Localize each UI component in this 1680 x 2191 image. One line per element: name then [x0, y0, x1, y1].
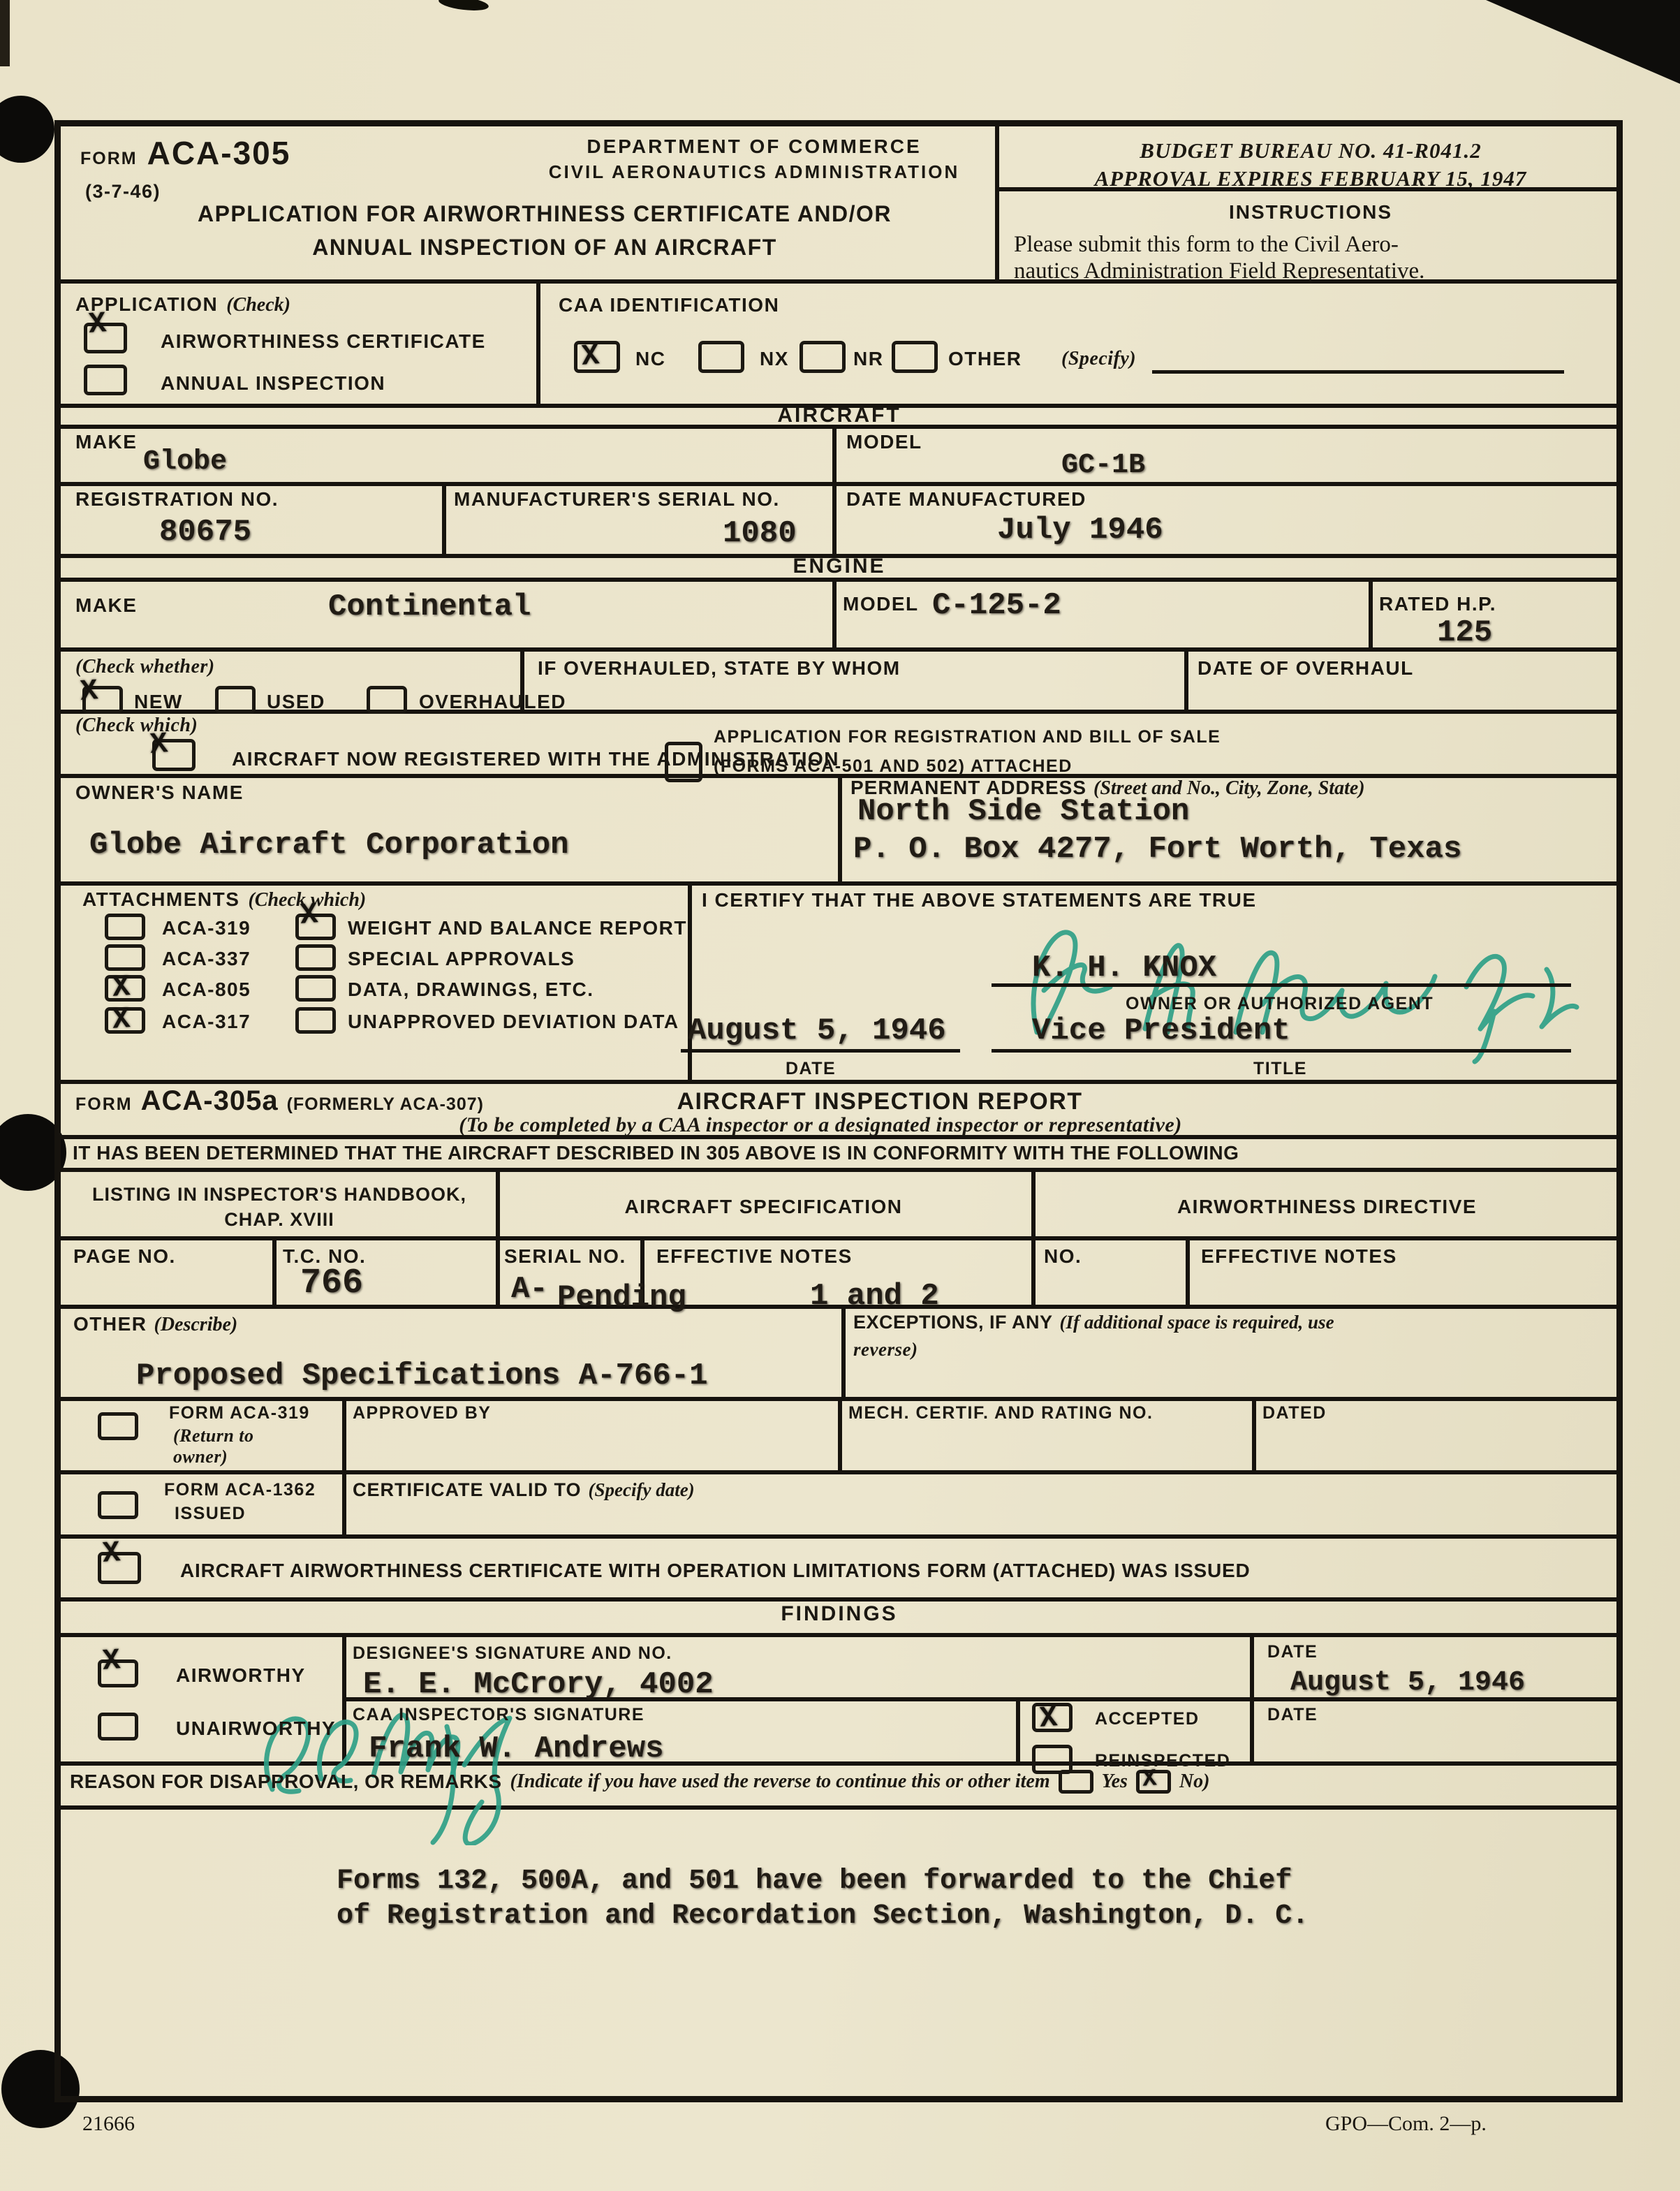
form-label: FORM — [80, 149, 138, 169]
grid-line — [841, 1305, 846, 1397]
remarks-line1: Forms 132, 500A, and 501 have been forwa… — [337, 1866, 1292, 1897]
budget-bureau-line1: BUDGET BUREAU NO. 41-R041.2 — [999, 137, 1623, 165]
overhauled-by-whom-label: IF OVERHAULED, STATE BY WHOM — [538, 657, 901, 680]
approved-by-label: APPROVED BY — [353, 1402, 491, 1423]
certificate-issued-checkbox: X — [98, 1552, 141, 1584]
reason-yes-checkbox — [1059, 1770, 1093, 1794]
engine-section-title: ENGINE — [60, 556, 1619, 577]
grid-line — [60, 1236, 1623, 1240]
registration-no-value: 80675 — [159, 515, 251, 549]
grid-line — [60, 1168, 1623, 1172]
owner-signature-caption: OWNER OR AUTHORIZED AGENT — [1126, 993, 1434, 1014]
page-no-label: PAGE NO. — [73, 1245, 176, 1268]
page-title-line2: ANNUAL INSPECTION OF AN AIRCRAFT — [175, 230, 915, 264]
certificate-valid-label: CERTIFICATE VALID TO — [353, 1479, 582, 1501]
footer-print-code: 21666 — [82, 2112, 135, 2136]
aircraft-section-title: AIRCRAFT — [60, 405, 1619, 426]
form-aca-1362-issued-label: ISSUED — [175, 1503, 246, 1524]
form-number: ACA-305 — [147, 134, 291, 172]
reason-no-label: No) — [1179, 1771, 1210, 1793]
report-determined-statement: IT HAS BEEN DETERMINED THAT THE AIRCRAFT… — [73, 1141, 1239, 1165]
special-approvals-checkbox — [295, 944, 336, 971]
form-aca-319-return-line1: (Return to — [173, 1425, 254, 1446]
aircraft-make-value: Globe — [143, 447, 227, 478]
certificate-valid-italic: (Specify date) — [589, 1479, 695, 1501]
form-revision-date: (3-7-46) — [85, 180, 161, 203]
serial-no-value: 1080 — [723, 517, 797, 550]
airworthy-label: AIRWORTHY — [176, 1664, 306, 1687]
report-form-number-block: FORM ACA-305a (FORMERLY ACA-307) — [75, 1085, 484, 1117]
check-mark: X — [112, 1004, 131, 1035]
reason-row: REASON FOR DISAPPROVAL, OR REMARKS (Indi… — [70, 1770, 1210, 1794]
date-of-overhaul-label: DATE OF OVERHAUL — [1198, 657, 1414, 680]
certificate-issued-label: AIRCRAFT AIRWORTHINESS CERTIFICATE WITH … — [180, 1559, 1251, 1583]
form-aca-319-checkbox — [98, 1412, 138, 1440]
check-mark: X — [300, 900, 319, 930]
report-form-number: ACA-305a — [141, 1085, 279, 1117]
grid-line — [1369, 578, 1373, 647]
other-label-row: OTHER (Describe) — [73, 1313, 237, 1336]
grid-line — [1184, 647, 1188, 710]
hole-punch-icon — [0, 96, 54, 163]
other-id-label: OTHER — [948, 347, 1022, 371]
certify-title-value: Vice President — [1032, 1014, 1290, 1048]
check-mark: X — [112, 972, 131, 1003]
grid-line — [1250, 1633, 1254, 1761]
nc-checkbox: X — [574, 341, 620, 373]
check-mark: X — [1039, 1703, 1059, 1734]
mech-certif-label: MECH. CERTIF. AND RATING NO. — [848, 1402, 1153, 1423]
report-form-label: FORM — [75, 1094, 133, 1115]
airworthiness-certificate-label: AIRWORTHINESS CERTIFICATE — [161, 330, 486, 353]
tc-no-value: 766 — [300, 1264, 363, 1303]
caa-inspector-signature-label: CAA INSPECTOR'S SIGNATURE — [353, 1704, 644, 1725]
findings-date2-label: DATE — [1267, 1704, 1318, 1725]
annual-inspection-checkbox — [84, 365, 127, 395]
check-mark: X — [149, 729, 169, 760]
engine-overhauled-label: OVERHAULED — [419, 690, 566, 714]
reason-italic: (Indicate if you have used the reverse t… — [510, 1771, 1050, 1793]
grid-line — [60, 1597, 1623, 1602]
unapproved-deviation-label: UNAPPROVED DEVIATION DATA — [348, 1010, 679, 1034]
budget-bureau-line2: APPROVAL EXPIRES FEBRUARY 15, 1947 — [999, 165, 1623, 193]
check-which-label: (Check which) — [75, 714, 198, 738]
grid-line — [60, 578, 1623, 582]
form-aca-319-return-line2: owner) — [173, 1446, 228, 1467]
nc-label: NC — [635, 347, 665, 371]
grid-line — [496, 1168, 500, 1305]
engine-make-value: Continental — [328, 590, 531, 624]
data-drawings-checkbox — [295, 975, 336, 1002]
airworthy-checkbox: X — [98, 1659, 138, 1687]
reason-label: REASON FOR DISAPPROVAL, OR REMARKS — [70, 1771, 502, 1793]
listing-header-line2: CHAP. XVIII — [70, 1207, 489, 1232]
grid-line — [60, 482, 1623, 486]
scanned-form-page: FORM ACA-305 (3-7-46) DEPARTMENT OF COMM… — [0, 0, 1680, 2191]
owner-name-label: OWNER'S NAME — [75, 781, 244, 805]
grid-line — [442, 482, 446, 554]
engine-model-label: MODEL — [843, 592, 919, 616]
rated-hp-label: RATED H.P. — [1379, 592, 1496, 616]
findings-date-value: August 5, 1946 — [1290, 1668, 1525, 1699]
engine-model-value: C-125-2 — [932, 589, 1061, 622]
other-label-italic: (Describe) — [154, 1314, 238, 1336]
grid-line — [838, 1397, 842, 1470]
aca-317-checkbox: X — [105, 1007, 145, 1034]
aircraft-spec-header: AIRCRAFT SPECIFICATION — [500, 1196, 1027, 1218]
scan-edge-mark — [438, 0, 489, 13]
aircraft-model-value: GC-1B — [1061, 450, 1145, 481]
grid-line — [1252, 1397, 1256, 1470]
grid-line — [832, 425, 837, 554]
listing-header: LISTING IN INSPECTOR'S HANDBOOK, CHAP. X… — [70, 1182, 489, 1233]
engine-overhauled-checkbox — [367, 686, 407, 714]
other-id-checkbox — [892, 341, 938, 373]
aca-805-label: ACA-805 — [162, 978, 251, 1002]
dated-label: DATED — [1262, 1402, 1327, 1423]
department-line2: CIVIL AERONAUTICS ADMINISTRATION — [489, 159, 1019, 184]
grid-line — [60, 647, 1623, 652]
date-manufactured-label: DATE MANUFACTURED — [846, 488, 1086, 511]
engine-used-checkbox — [215, 686, 256, 714]
listing-header-line1: LISTING IN INSPECTOR'S HANDBOOK, — [70, 1182, 489, 1207]
directive-notes-label: EFFECTIVE NOTES — [1201, 1245, 1397, 1268]
grid-line — [60, 881, 1623, 886]
check-mark: X — [88, 309, 108, 339]
unairworthy-label: UNAIRWORTHY — [176, 1717, 336, 1741]
reason-no-checkbox: X — [1136, 1770, 1171, 1794]
address-line1-value: North Side Station — [857, 795, 1189, 828]
data-drawings-label: DATA, DRAWINGS, ETC. — [348, 978, 594, 1002]
owner-name-value: Globe Aircraft Corporation — [89, 828, 569, 862]
grid-line — [60, 1534, 1623, 1539]
aca-337-checkbox — [105, 944, 145, 971]
registered-checkbox: X — [152, 739, 196, 771]
report-title: AIRCRAFT INSPECTION REPORT — [531, 1088, 1229, 1115]
weight-balance-checkbox: X — [295, 914, 336, 940]
airworthiness-directive-header: AIRWORTHINESS DIRECTIVE — [1036, 1196, 1619, 1218]
certify-date-value: August 5, 1946 — [688, 1014, 946, 1048]
grid-line — [536, 279, 540, 404]
accepted-label: ACCEPTED — [1095, 1708, 1200, 1729]
title-line — [992, 1049, 1571, 1053]
check-mark: X — [102, 1646, 121, 1676]
exceptions-italic-line1: (If additional space is required, use — [1060, 1312, 1334, 1333]
engine-make-label: MAKE — [75, 594, 137, 617]
grid-line — [832, 578, 837, 647]
report-formerly-label: (FORMERLY ACA-307) — [287, 1094, 484, 1115]
engine-used-label: USED — [267, 690, 325, 714]
other-id-blank-line — [1152, 370, 1564, 374]
aca-319-label: ACA-319 — [162, 916, 251, 940]
caa-inspector-signature-typed: Frank W. Andrews — [369, 1732, 663, 1766]
report-subtitle: (To be completed by a CAA inspector or a… — [209, 1113, 1431, 1137]
check-mark: X — [80, 676, 99, 707]
grid-line — [838, 774, 842, 881]
page-title-line1: APPLICATION FOR AIRWORTHINESS CERTIFICAT… — [175, 197, 915, 230]
certificate-valid-row: CERTIFICATE VALID TO (Specify date) — [353, 1479, 695, 1501]
weight-balance-label: WEIGHT AND BALANCE REPORT — [348, 916, 687, 940]
date-manufactured-value: July 1946 — [997, 513, 1163, 547]
directive-no-label: NO. — [1044, 1245, 1082, 1268]
check-mark: X — [102, 1538, 121, 1569]
aircraft-model-label: MODEL — [846, 430, 922, 454]
form-aca-319-label: FORM ACA-319 — [169, 1402, 310, 1423]
grid-line — [1016, 1697, 1020, 1761]
address-line2-value: P. O. Box 4277, Fort Worth, Texas — [853, 833, 1461, 866]
bill-of-sale-label-line1: APPLICATION FOR REGISTRATION AND BILL OF… — [714, 726, 1221, 747]
airworthiness-certificate-checkbox: X — [84, 323, 127, 353]
unapproved-deviation-checkbox — [295, 1007, 336, 1034]
bill-of-sale-label-line2: (FORMS ACA-501 AND 502) ATTACHED — [714, 756, 1073, 777]
check-mark: X — [1142, 1767, 1158, 1791]
other-label: OTHER — [73, 1313, 147, 1335]
nx-checkbox — [698, 341, 744, 373]
engine-new-checkbox: X — [82, 686, 123, 714]
exceptions-italic-line2: reverse) — [853, 1338, 918, 1361]
attachments-label-row: ATTACHMENTS (Check which) — [82, 888, 366, 911]
other-id-specify-label: (Specify) — [1061, 347, 1136, 371]
department-line1: DEPARTMENT OF COMMERCE — [489, 134, 1019, 159]
spec-serial-prefix: A- — [511, 1273, 548, 1306]
aca-337-label: ACA-337 — [162, 947, 251, 971]
rated-hp-value: 125 — [1437, 616, 1492, 650]
signature-line — [992, 983, 1571, 987]
caa-identification-label: CAA IDENTIFICATION — [559, 293, 779, 317]
reinspected-label: REINSPECTED — [1095, 1750, 1230, 1771]
annual-inspection-label: ANNUAL INSPECTION — [161, 372, 385, 395]
remarks-line2: of Registration and Recordation Section,… — [337, 1901, 1309, 1932]
corner-fold-shadow — [1486, 0, 1680, 84]
application-label-italic: (Check) — [226, 294, 290, 316]
page-title: APPLICATION FOR AIRWORTHINESS CERTIFICAT… — [175, 197, 915, 264]
bill-of-sale-checkbox — [665, 742, 702, 782]
designee-signature-typed: E. E. McCrory, 4002 — [363, 1668, 714, 1701]
aircraft-make-label: MAKE — [75, 430, 137, 454]
grid-line — [60, 1470, 1623, 1474]
attachments-label: ATTACHMENTS — [82, 888, 240, 911]
special-approvals-label: SPECIAL APPROVALS — [348, 947, 575, 971]
date-line — [681, 1049, 960, 1053]
aca-805-checkbox: X — [105, 975, 145, 1002]
nr-label: NR — [853, 347, 883, 371]
effective-notes-value: 1 and 2 — [810, 1280, 939, 1313]
nr-checkbox — [800, 341, 846, 373]
effective-notes-label: EFFECTIVE NOTES — [656, 1245, 853, 1268]
spec-serial-label: SERIAL NO. — [504, 1245, 626, 1268]
spec-serial-value: Pending — [557, 1281, 686, 1314]
instructions-line2: nautics Administration Field Representat… — [1014, 257, 1424, 286]
scan-edge-mark — [0, 0, 10, 66]
aca-317-label: ACA-317 — [162, 1010, 251, 1034]
grid-line — [1186, 1236, 1190, 1305]
form-aca-1362-label: FORM ACA-1362 — [164, 1479, 316, 1500]
grid-line — [60, 1080, 1623, 1084]
grid-line — [272, 1236, 277, 1305]
owner-signature-typed: K. H. KNOX — [1032, 951, 1216, 985]
registration-no-label: REGISTRATION NO. — [75, 488, 279, 511]
footer-gpo-code: GPO—Com. 2—p. — [1325, 2112, 1487, 2136]
reason-yes-label: Yes — [1102, 1771, 1128, 1793]
budget-bureau-block: BUDGET BUREAU NO. 41-R041.2 APPROVAL EXP… — [999, 137, 1623, 193]
certify-title-label: TITLE — [1253, 1058, 1307, 1079]
other-value: Proposed Specifications A-766-1 — [136, 1359, 708, 1393]
exceptions-label-row: EXCEPTIONS, IF ANY (If additional space … — [853, 1312, 1334, 1333]
aca-319-checkbox — [105, 914, 145, 940]
engine-new-label: NEW — [134, 690, 183, 714]
form-aca-1362-checkbox — [98, 1491, 138, 1519]
exceptions-label: EXCEPTIONS, IF ANY — [853, 1312, 1053, 1333]
serial-no-label: MANUFACTURER'S SERIAL NO. — [454, 488, 780, 511]
grid-line — [1031, 1168, 1036, 1305]
nx-label: NX — [760, 347, 789, 371]
form-number-block: FORM ACA-305 — [80, 134, 290, 172]
application-section-label: APPLICATION (Check) — [75, 293, 290, 316]
designee-signature-label: DESIGNEE'S SIGNATURE AND NO. — [353, 1643, 672, 1664]
grid-line — [342, 1397, 346, 1534]
instructions-line1: Please submit this form to the Civil Aer… — [1014, 230, 1399, 259]
certify-date-label: DATE — [786, 1058, 836, 1079]
unairworthy-checkbox — [98, 1713, 138, 1741]
findings-date-label: DATE — [1267, 1641, 1318, 1662]
accepted-checkbox: X — [1032, 1703, 1073, 1732]
check-mark: X — [581, 341, 600, 372]
instructions-title: INSTRUCTIONS — [999, 201, 1623, 224]
department-lines: DEPARTMENT OF COMMERCE CIVIL AERONAUTICS… — [489, 134, 1019, 185]
